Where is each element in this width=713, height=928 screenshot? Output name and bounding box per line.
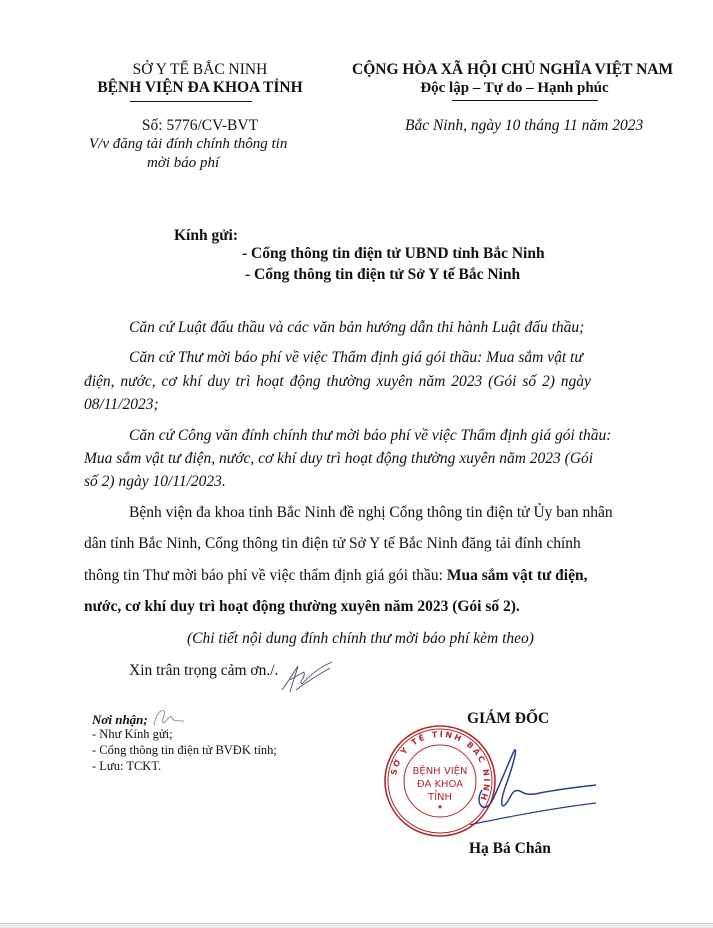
basis-paragraph-2-line: 08/11/2023; (84, 396, 159, 414)
package-name-bold: Mua sắm vật tư điện, (447, 567, 588, 584)
signer-name: Hạ Bá Chân (469, 840, 551, 858)
basis-paragraph-3-line: Mua sắm vật tư điện, nước, cơ khí duy tr… (84, 450, 593, 468)
place-and-date: Bắc Ninh, ngày 10 tháng 11 năm 2023 (405, 117, 643, 135)
motto-underline (452, 100, 598, 101)
basis-paragraph-2-line: điện, nước, cơ khí duy trì hoạt động thư… (84, 373, 591, 391)
document-number: Số: 5776/CV-BVT (0, 117, 360, 135)
svg-text:TỈNH: TỈNH (427, 789, 452, 803)
basis-paragraph-3-line: Căn cứ Công văn đính chính thư mời báo p… (129, 427, 611, 445)
basis-paragraph-2-line: Căn cứ Thư mời báo phí về việc Thẩm định… (129, 349, 583, 367)
subject-line-1: V/v đăng tải đính chính thông tin (89, 136, 287, 153)
attachment-note: (Chi tiết nội dung đính chính thư mời bá… (187, 630, 534, 648)
greeting: Kính gửi: (174, 227, 238, 245)
director-signature-icon (470, 745, 610, 835)
recipient-item: - Cổng thông tin điện tử Sở Y tế Bắc Nin… (245, 266, 520, 284)
svg-text:★: ★ (437, 803, 443, 811)
closing-thanks: Xin trân trọng cảm ơn./. (129, 662, 278, 680)
recipient-list-item: - Lưu: TCKT. (92, 759, 161, 774)
basis-paragraph-1: Căn cứ Luật đấu thầu và các văn bản hướn… (129, 319, 584, 337)
organization-name: BỆNH VIỆN ĐA KHOA TỈNH (0, 79, 360, 97)
recipient-item: - Cổng thông tin điện tử UBND tỉnh Bắc N… (242, 245, 545, 263)
parent-organization: SỞ Y TẾ BẮC NINH (0, 61, 360, 79)
request-paragraph-line: Bệnh viện đa khoa tỉnh Bắc Ninh đề nghị … (129, 504, 613, 522)
svg-text:BỆNH VIỆN: BỆNH VIỆN (413, 764, 468, 777)
initials-signature-icon (276, 660, 336, 696)
svg-text:ĐA KHOA: ĐA KHOA (417, 779, 463, 790)
recipient-list-item: - Cổng thông tin điện tử BVĐK tỉnh; (92, 743, 277, 758)
request-paragraph-line: dân tỉnh Bắc Ninh, Cổng thông tin điện t… (84, 535, 581, 553)
page-bottom-edge (0, 923, 713, 928)
recipients-title: Nơi nhận; (92, 712, 148, 728)
recipient-list-item: - Như Kính gửi; (92, 727, 173, 742)
package-name-bold: nước, cơ khí duy trì hoạt động thường xu… (84, 598, 520, 616)
request-paragraph-line: thông tin Thư mời báo phí về việc thẩm đ… (84, 567, 587, 585)
national-motto: Độc lập – Tự do – Hạnh phúc (352, 80, 677, 97)
document-page: SỞ Y TẾ BẮC NINH BỆNH VIỆN ĐA KHOA TỈNH … (0, 0, 713, 924)
subject-line-2: mời báo phí (147, 155, 219, 172)
request-plain-text: thông tin Thư mời báo phí về việc thẩm đ… (84, 567, 447, 584)
org-underline (130, 101, 252, 102)
basis-paragraph-3-line: số 2) ngày 10/11/2023. (84, 473, 226, 491)
national-title: CỘNG HÒA XÃ HỘI CHỦ NGHĨA VIỆT NAM (352, 61, 673, 79)
